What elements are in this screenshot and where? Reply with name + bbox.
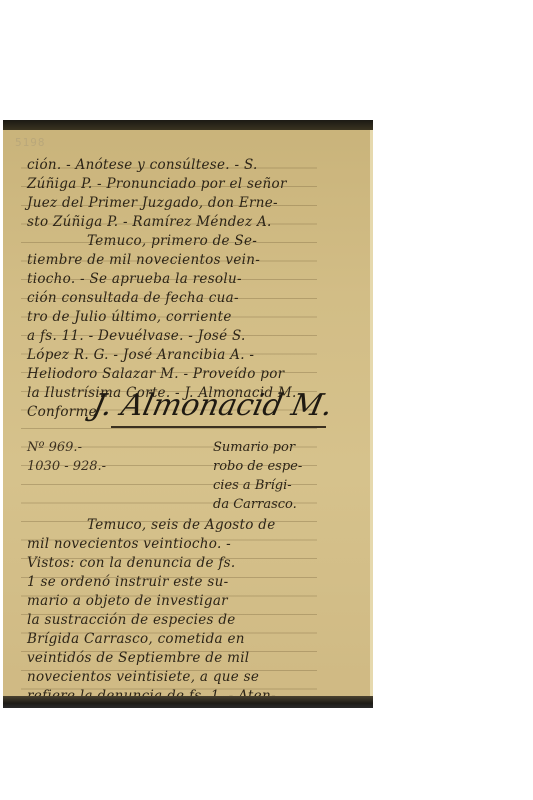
text-line: ción. - Anótese y consúltese. - S.: [27, 156, 327, 174]
section-divider: [111, 426, 326, 428]
case-number: Nº 969.-: [27, 440, 82, 455]
text-line: López R. G. - José Arancibia A. -: [27, 346, 327, 364]
page-right-edge: [370, 130, 373, 696]
text-line: ción consultada de fecha cua-: [27, 289, 327, 307]
text-line: a fs. 11. - Devuélvase. - José S.: [27, 327, 327, 345]
text-line: mil novecientos veintiocho. -: [27, 535, 327, 553]
case-title-line: cies a Brígi-: [213, 478, 292, 493]
text-line: tiocho. - Se aprueba la resolu-: [27, 270, 327, 288]
text-line: tro de Julio último, corriente: [27, 308, 327, 326]
page-bottom-edge: [3, 696, 373, 708]
text-line: 1 se ordenó instruir este su-: [27, 573, 327, 591]
case-reference: 1030 - 928.-: [27, 459, 106, 474]
text-line: Temuco, seis de Agosto de: [27, 516, 373, 534]
text-line: Temuco, primero de Se-: [27, 232, 373, 250]
text-line: tiembre de mil novecientos vein-: [27, 251, 327, 269]
ledger-page: 5198 ción. - Anótese y consúltese. - S. …: [3, 120, 373, 708]
text-line: Brígida Carrasco, cometida en: [27, 630, 327, 648]
page-stamp-number: 5198: [15, 136, 46, 149]
text-line: Zúñiga P. - Pronunciado por el señor: [27, 175, 327, 193]
text-line: mario a objeto de investigar: [27, 592, 327, 610]
case-title-line: Sumario por: [213, 440, 295, 455]
text-line: novecientos veintisiete, a que se: [27, 668, 327, 686]
page-top-edge: [3, 120, 373, 130]
text-line: veintidós de Septiembre de mil: [27, 649, 327, 667]
text-line: Vistos: con la denuncia de fs.: [27, 554, 327, 572]
text-line: Juez del Primer Juzgado, don Erne-: [27, 194, 327, 212]
text-line: la sustracción de especies de: [27, 611, 327, 629]
case-title-line: robo de espe-: [213, 459, 302, 474]
text-line: sto Zúñiga P. - Ramírez Méndez A.: [27, 213, 327, 231]
text-line: Heliodoro Salazar M. - Proveído por: [27, 365, 327, 383]
signature: J. Almonacid M.: [89, 388, 336, 423]
case-title-line: da Carrasco.: [213, 497, 297, 512]
